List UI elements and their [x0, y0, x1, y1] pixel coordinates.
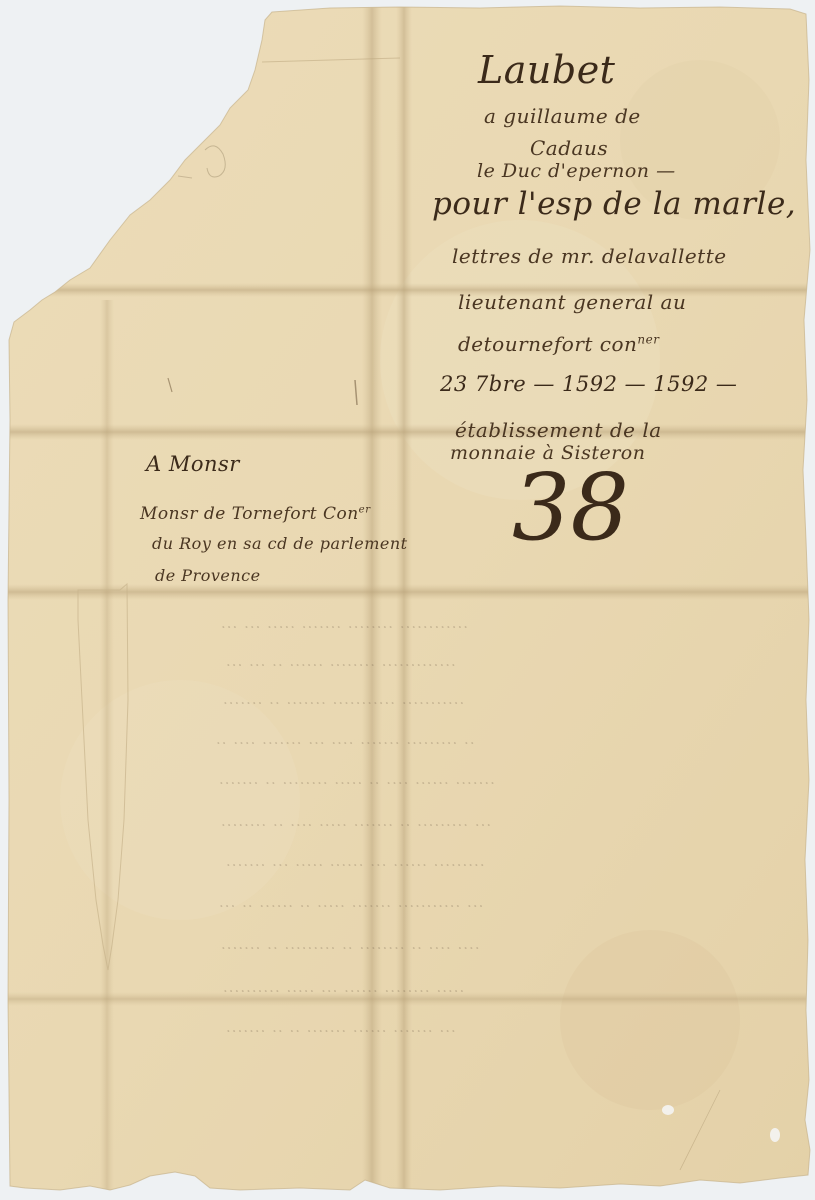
bleed-line: ....... ...... .... .. ..... ........ ..…: [218, 770, 495, 788]
docket-line: lettres de mr. delavallette: [452, 244, 727, 268]
bleed-line: ......... ...... ... ...... ..... ... ..…: [225, 852, 485, 870]
docket-line: detournefort conner: [458, 332, 659, 356]
bleed-line: ... ........... ....... ..... .. ...... …: [218, 893, 483, 911]
docket-line: le Duc d'epernon —: [477, 160, 676, 182]
address-line: de Provence: [155, 566, 261, 585]
docket-line: lieutenant general au: [458, 290, 686, 314]
docket-superscript: ner: [637, 332, 659, 346]
document-scan: ............ ........ ....... ..... ... …: [0, 0, 815, 1200]
bleed-line: .. ......... ....... .... ... ....... ..…: [215, 730, 475, 748]
docket-line: pour l'esp de la marle,: [432, 186, 796, 222]
address-salutation: A Monsr: [146, 452, 240, 476]
bleed-line: ... ....... ...... ....... .. .. .......: [225, 1018, 456, 1036]
bleed-line: ........... ........... ....... .. .....…: [222, 690, 464, 708]
docket-line: a guillaume de: [484, 104, 641, 128]
docket-line: Cadaus: [530, 136, 608, 160]
bleed-line: .... .... .. ........ .. ......... .. ..…: [220, 935, 480, 953]
address-line: Monsr de Tornefort Coner: [140, 504, 371, 524]
docket-line-text: detournefort con: [458, 332, 637, 356]
address-line-text: Monsr de Tornefort Con: [140, 504, 359, 524]
bleed-line: ............ ........ ....... ..... ... …: [220, 614, 468, 632]
bleed-line: ............. ........ ...... .. ... ...: [225, 652, 456, 670]
docket-date-line: 23 7bre — 1592 — 1592 —: [440, 372, 737, 396]
address-superscript: er: [359, 504, 371, 515]
address-line: du Roy en sa cd de parlement: [152, 534, 408, 553]
docket-title: Laubet: [478, 48, 615, 92]
bleed-line: ... ......... .. ....... ..... .... .. .…: [220, 812, 491, 830]
bleed-line: ..... ........ ...... ... ..... ........…: [222, 978, 464, 996]
docket-number: 38: [512, 462, 629, 554]
docket-line: établissement de la: [455, 418, 662, 442]
